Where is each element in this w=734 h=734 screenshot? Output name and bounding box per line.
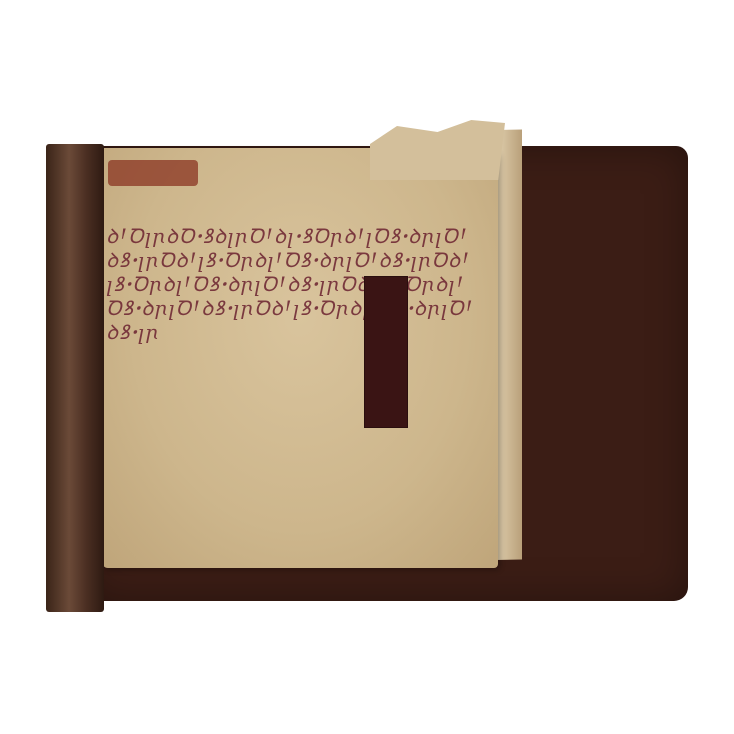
red-stain bbox=[108, 160, 198, 186]
dark-seal-block bbox=[364, 276, 408, 428]
pseudo-script-text: ꝺꞋꝹꞁꞃꝺꝹꞏꝸꝺꞁꞃꝹꞋꝺꞁꞏꝸꝹꞃꝺꞋꞁꝹꝸꞏꝺꞃꞁꝹꞋꝺꝸꞏꞁꞃꝹꝺꞋꞁ… bbox=[106, 224, 476, 524]
leather-spine bbox=[46, 144, 104, 612]
manuscript-page: ꝺꞋꝹꞁꞃꝺꝹꞏꝸꝺꞁꞃꝹꞋꝺꞁꞏꝸꝹꞃꝺꞋꞁꝹꝸꞏꝺꞃꞁꝹꞋꝺꝸꞏꞁꞃꝹꝺꞋꞁ… bbox=[102, 148, 498, 568]
torn-page-corner bbox=[370, 120, 505, 180]
